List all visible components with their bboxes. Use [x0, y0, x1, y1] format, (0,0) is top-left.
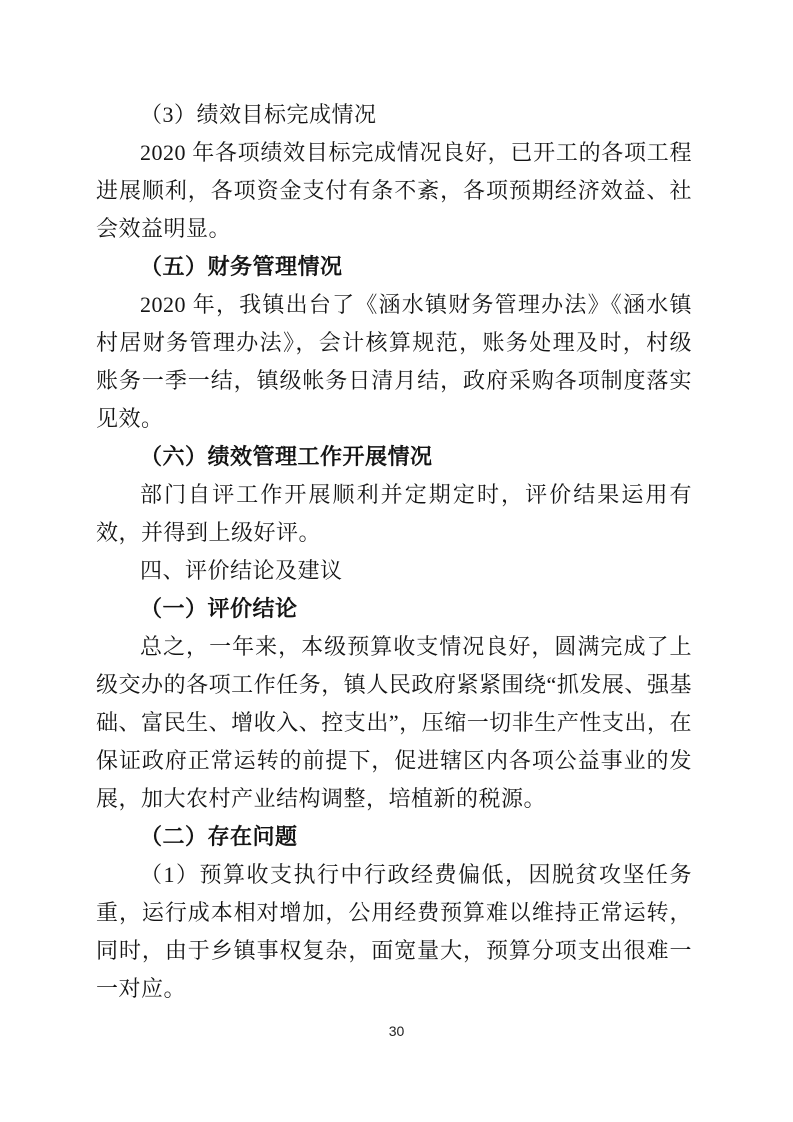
heading-performance-target-completion: （3）绩效目标完成情况 — [96, 96, 692, 134]
page-number: 30 — [0, 1021, 793, 1041]
heading-evaluation-conclusion: （一）评价结论 — [96, 590, 692, 628]
para-evaluation-conclusion: 总之，一年来，本级预算收支情况良好，圆满完成了上级交办的各项工作任务，镇人民政府… — [96, 628, 692, 818]
para-performance-management-work: 部门自评工作开展顺利并定期定时，评价结果运用有效，并得到上级好评。 — [96, 476, 692, 552]
heading-existing-problems: （二）存在问题 — [96, 818, 692, 856]
heading-performance-management-work: （六）绩效管理工作开展情况 — [96, 438, 692, 476]
document-page: （3）绩效目标完成情况 2020 年各项绩效目标完成情况良好，已开工的各项工程进… — [0, 0, 793, 1122]
heading-financial-management: （五）财务管理情况 — [96, 248, 692, 286]
para-financial-management: 2020 年，我镇出台了《涵水镇财务管理办法》《涵水镇村居财务管理办法》，会计核… — [96, 286, 692, 438]
para-performance-target-completion: 2020 年各项绩效目标完成情况良好，已开工的各项工程进展顺利，各项资金支付有条… — [96, 134, 692, 248]
heading-conclusion-and-suggestions: 四、评价结论及建议 — [96, 552, 692, 590]
para-existing-problems: （1）预算收支执行中行政经费偏低，因脱贫攻坚任务重，运行成本相对增加，公用经费预… — [96, 856, 692, 1008]
document-body: （3）绩效目标完成情况 2020 年各项绩效目标完成情况良好，已开工的各项工程进… — [96, 96, 692, 1008]
